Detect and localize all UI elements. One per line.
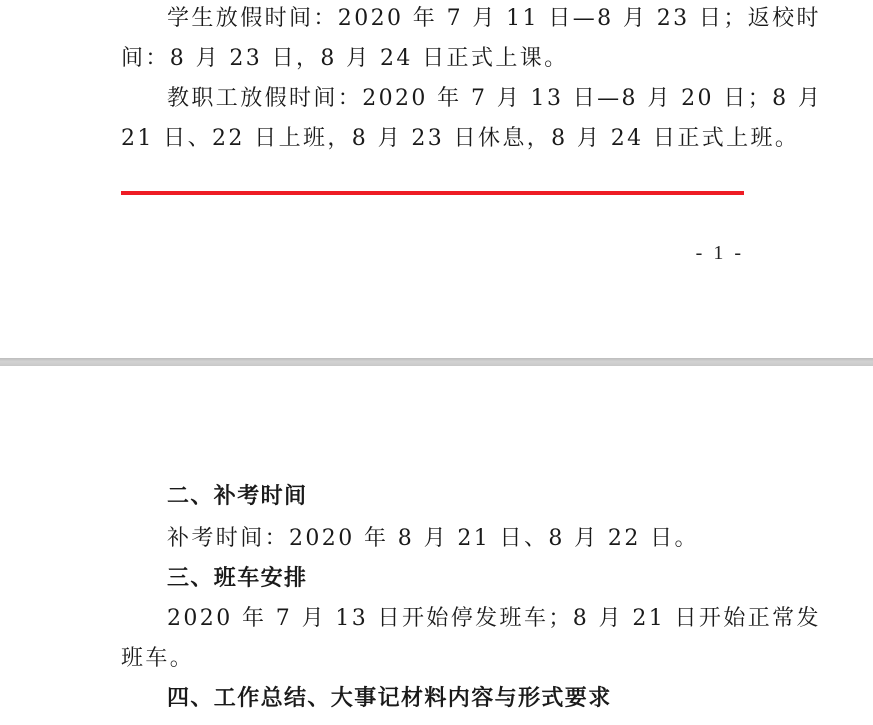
red-footer-rule: [121, 191, 744, 195]
shuttle-bus-text-line-2: 班车。: [121, 644, 743, 674]
section-heading-shuttle-bus: 三、班车安排: [167, 564, 743, 594]
section-heading-work-summary-requirements: 四、工作总结、大事记材料内容与形式要求: [167, 684, 743, 714]
page-break-separator: [0, 358, 873, 366]
section-heading-makeup-exam: 二、补考时间: [167, 482, 743, 512]
paragraph-staff-holiday-line-1: 教职工放假时间：2020 年 7 月 13 日—8 月 20 日；8 月: [167, 84, 743, 114]
paragraph-student-holiday-line-2: 间：8 月 23 日，8 月 24 日正式上课。: [121, 44, 743, 74]
page-number: - 1 -: [688, 240, 744, 266]
paragraph-student-holiday-line-1: 学生放假时间：2020 年 7 月 11 日—8 月 23 日；返校时: [167, 4, 743, 34]
paragraph-staff-holiday-line-2: 21 日、22 日上班，8 月 23 日休息，8 月 24 日正式上班。: [121, 124, 743, 154]
document-page-1: 学生放假时间：2020 年 7 月 11 日—8 月 23 日；返校时 间：8 …: [0, 0, 873, 358]
document-page-2: 二、补考时间 补考时间：2020 年 8 月 21 日、8 月 22 日。 三、…: [0, 366, 873, 725]
shuttle-bus-text-line-1: 2020 年 7 月 13 日开始停发班车；8 月 21 日开始正常发: [167, 604, 743, 634]
makeup-exam-text-line-1: 补考时间：2020 年 8 月 21 日、8 月 22 日。: [167, 524, 743, 554]
